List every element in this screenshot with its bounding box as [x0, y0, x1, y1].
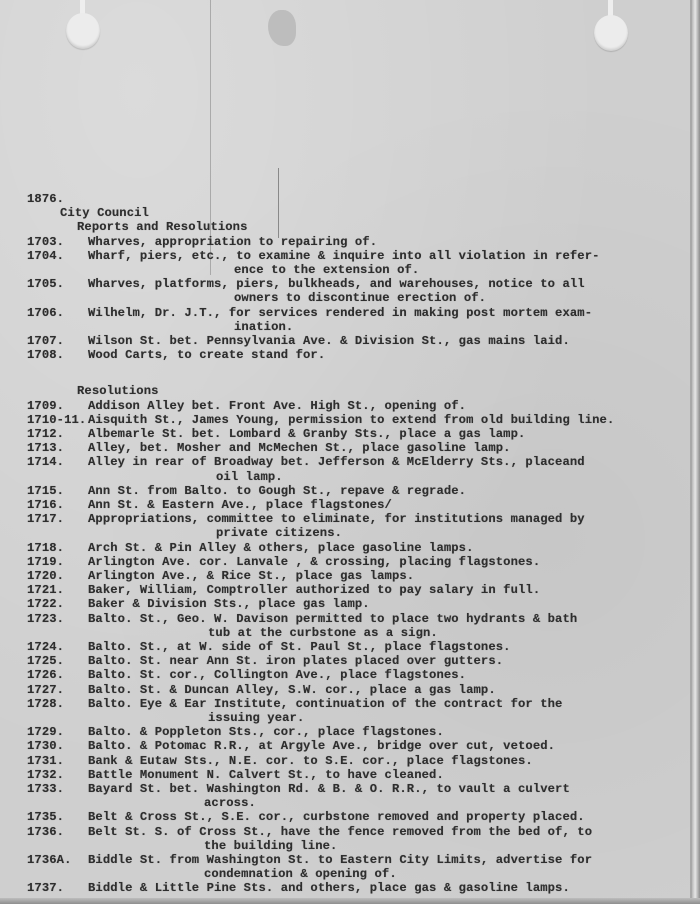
list-item: 1727.Balto. St. & Duncan Alley, S.W. cor…	[27, 683, 687, 697]
reports-list: 1703.Wharves, appropriation to repairing…	[27, 235, 687, 363]
list-item: 1706.Wilhelm, Dr. J.T., for services ren…	[27, 306, 687, 320]
entry-text: Appropriations, committee to eliminate, …	[88, 512, 585, 526]
entry-number: 1733.	[27, 782, 88, 796]
entry-continuation: private citizens.	[27, 526, 687, 540]
entry-number: 1715.	[27, 484, 88, 498]
entry-number: 1732.	[27, 768, 88, 782]
entry-number: 1716.	[27, 498, 88, 512]
list-item: 1712.Albemarle St. bet. Lombard & Granby…	[27, 427, 687, 441]
entry-number: 1725.	[27, 654, 88, 668]
section-heading-reports: Reports and Resolutions	[27, 220, 687, 234]
year-heading: 1876.	[27, 192, 687, 206]
list-item: 1724.Balto. St., at W. side of St. Paul …	[27, 640, 687, 654]
page-edge-right	[692, 0, 700, 904]
entry-number: 1723.	[27, 612, 88, 626]
entry-text: Arlington Ave. cor. Lanvale , & crossing…	[88, 555, 540, 569]
entry-text: Balto. Eye & Ear Institute, continuation…	[88, 697, 562, 711]
entry-number: 1713.	[27, 441, 88, 455]
entry-text: Balto. & Poppleton Sts., cor., place fla…	[88, 725, 444, 739]
entry-text: Wharf, piers, etc., to examine & inquire…	[88, 249, 600, 263]
entry-number: 1705.	[27, 277, 88, 291]
list-item: 1720.Arlington Ave., & Rice St., place g…	[27, 569, 687, 583]
entry-text: Wilson St. bet. Pennsylvania Ave. & Divi…	[88, 334, 570, 348]
entry-text: Wharves, platforms, piers, bulkheads, an…	[88, 277, 585, 291]
list-item: 1736A.Biddle St. from Washington St. to …	[27, 853, 687, 867]
paper-stain	[268, 10, 296, 46]
entry-text: Baker & Division Sts., place gas lamp.	[88, 597, 370, 611]
entry-number: 1721.	[27, 583, 88, 597]
page-edge-bottom	[0, 898, 700, 904]
entry-text: Arlington Ave., & Rice St., place gas la…	[88, 569, 414, 583]
list-item: 1723.Balto. St., Geo. W. Davison permitt…	[27, 612, 687, 626]
entry-text: Bayard St. bet. Washington Rd. & B. & O.…	[88, 782, 570, 796]
entry-number: 1729.	[27, 725, 88, 739]
list-item: 1730.Balto. & Potomac R.R., at Argyle Av…	[27, 739, 687, 753]
entry-text: Ann St. & Eastern Ave., place flagstones…	[88, 498, 392, 512]
list-item: 1735.Belt & Cross St., S.E. cor., curbst…	[27, 810, 687, 824]
body-heading: City Council	[27, 206, 687, 220]
entry-number: 1720.	[27, 569, 88, 583]
list-item: 1705.Wharves, platforms, piers, bulkhead…	[27, 277, 687, 291]
list-item: 1714.Alley in rear of Broadway bet. Jeff…	[27, 455, 687, 469]
entry-number: 1706.	[27, 306, 88, 320]
entry-text: Ann St. from Balto. to Gough St., repave…	[88, 484, 466, 498]
resolutions-list: 1709.Addison Alley bet. Front Ave. High …	[27, 399, 687, 896]
entry-number: 1736.	[27, 825, 88, 839]
entry-continuation: condemnation & opening of.	[27, 867, 687, 881]
list-item: 1722.Baker & Division Sts., place gas la…	[27, 597, 687, 611]
entry-text: Wharves, appropriation to repairing of.	[88, 235, 377, 249]
entry-number: 1707.	[27, 334, 88, 348]
entry-text: Baker, William, Comptroller authorized t…	[88, 583, 540, 597]
list-item: 1725.Balto. St. near Ann St. iron plates…	[27, 654, 687, 668]
entry-text: Battle Monument N. Calvert St., to have …	[88, 768, 444, 782]
binder-hole-left	[66, 13, 100, 49]
list-item: 1704.Wharf, piers, etc., to examine & in…	[27, 249, 687, 263]
entry-number: 1728.	[27, 697, 88, 711]
list-item: 1708.Wood Carts, to create stand for.	[27, 348, 687, 362]
entry-text: Balto. St. cor., Collington Ave., place …	[88, 668, 466, 682]
list-item: 1717.Appropriations, committee to elimin…	[27, 512, 687, 526]
entry-number: 1731.	[27, 754, 88, 768]
list-item: 1703.Wharves, appropriation to repairing…	[27, 235, 687, 249]
entry-continuation: tub at the curbstone as a sign.	[27, 626, 687, 640]
entry-text: Albemarle St. bet. Lombard & Granby Sts.…	[88, 427, 525, 441]
entry-text: Biddle St. from Washington St. to Easter…	[88, 853, 592, 867]
list-item: 1736.Belt St. S. of Cross St., have the …	[27, 825, 687, 839]
entry-text: Wood Carts, to create stand for.	[88, 348, 325, 362]
entry-number: 1714.	[27, 455, 88, 469]
list-item: 1709.Addison Alley bet. Front Ave. High …	[27, 399, 687, 413]
entry-text: Wilhelm, Dr. J.T., for services rendered…	[88, 306, 592, 320]
entry-number: 1709.	[27, 399, 88, 413]
entry-text: Balto. St., at W. side of St. Paul St., …	[88, 640, 511, 654]
entry-continuation: issuing year.	[27, 711, 687, 725]
list-item: 1721.Baker, William, Comptroller authori…	[27, 583, 687, 597]
entry-text: Addison Alley bet. Front Ave. High St., …	[88, 399, 466, 413]
entry-text: Alley in rear of Broadway bet. Jefferson…	[88, 455, 585, 469]
entry-text: Arch St. & Pin Alley & others, place gas…	[88, 541, 474, 555]
list-item: 1726.Balto. St. cor., Collington Ave., p…	[27, 668, 687, 682]
entry-continuation: the building line.	[27, 839, 687, 853]
list-item: 1728.Balto. Eye & Ear Institute, continu…	[27, 697, 687, 711]
entry-text: Belt St. S. of Cross St., have the fence…	[88, 825, 592, 839]
entry-number: 1704.	[27, 249, 88, 263]
entry-text: Bank & Eutaw Sts., N.E. cor. to S.E. cor…	[88, 754, 533, 768]
list-item: 1710-11.Aisquith St., James Young, permi…	[27, 413, 687, 427]
entry-text: Alley, bet. Mosher and McMechen St., pla…	[88, 441, 511, 455]
entry-continuation: oil lamp.	[27, 470, 687, 484]
list-item: 1733.Bayard St. bet. Washington Rd. & B.…	[27, 782, 687, 796]
list-item: 1707.Wilson St. bet. Pennsylvania Ave. &…	[27, 334, 687, 348]
entry-text: Balto. & Potomac R.R., at Argyle Ave., b…	[88, 739, 555, 753]
list-item: 1737.Biddle & Little Pine Sts. and other…	[27, 881, 687, 895]
entry-number: 1724.	[27, 640, 88, 654]
entry-text: Belt & Cross St., S.E. cor., curbstone r…	[88, 810, 585, 824]
typewritten-index: 1876. City Council Reports and Resolutio…	[27, 192, 687, 896]
list-item: 1732.Battle Monument N. Calvert St., to …	[27, 768, 687, 782]
list-item: 1716.Ann St. & Eastern Ave., place flags…	[27, 498, 687, 512]
entry-text: Balto. St. & Duncan Alley, S.W. cor., pl…	[88, 683, 496, 697]
entry-text: Aisquith St., James Young, permission to…	[88, 413, 614, 427]
entry-continuation: owners to discontinue erection of.	[27, 291, 687, 305]
list-item: 1713.Alley, bet. Mosher and McMechen St.…	[27, 441, 687, 455]
entry-number: 1712.	[27, 427, 88, 441]
entry-number: 1726.	[27, 668, 88, 682]
list-item: 1715.Ann St. from Balto. to Gough St., r…	[27, 484, 687, 498]
entry-continuation: ination.	[27, 320, 687, 334]
entry-number: 1717.	[27, 512, 88, 526]
entry-number: 1736A.	[27, 853, 88, 867]
entry-number: 1703.	[27, 235, 88, 249]
entry-continuation: across.	[27, 796, 687, 810]
entry-text: Balto. St. near Ann St. iron plates plac…	[88, 654, 503, 668]
entry-continuation: ence to the extension of.	[27, 263, 687, 277]
list-item: 1718.Arch St. & Pin Alley & others, plac…	[27, 541, 687, 555]
entry-text: Balto. St., Geo. W. Davison permitted to…	[88, 612, 577, 626]
section-heading-resolutions: Resolutions	[27, 384, 687, 398]
entry-number: 1719.	[27, 555, 88, 569]
entry-number: 1718.	[27, 541, 88, 555]
entry-text: Biddle & Little Pine Sts. and others, pl…	[88, 881, 570, 895]
scanned-document-page: 1876. City Council Reports and Resolutio…	[0, 0, 692, 900]
entry-number: 1722.	[27, 597, 88, 611]
entry-number: 1737.	[27, 881, 88, 895]
binder-hole-right	[594, 15, 628, 51]
list-item: 1719.Arlington Ave. cor. Lanvale , & cro…	[27, 555, 687, 569]
entry-number: 1727.	[27, 683, 88, 697]
entry-number: 1730.	[27, 739, 88, 753]
entry-number: 1735.	[27, 810, 88, 824]
list-item: 1729.Balto. & Poppleton Sts., cor., plac…	[27, 725, 687, 739]
list-item: 1731.Bank & Eutaw Sts., N.E. cor. to S.E…	[27, 754, 687, 768]
entry-number: 1708.	[27, 348, 88, 362]
entry-number: 1710-11.	[27, 413, 88, 427]
